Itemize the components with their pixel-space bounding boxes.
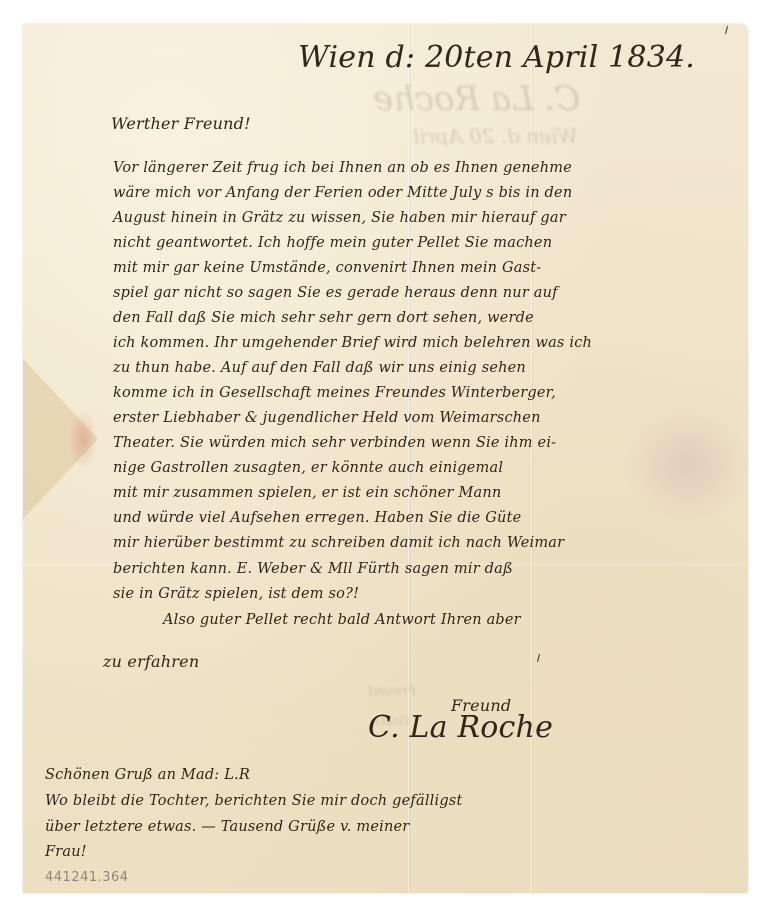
red-wax-residue bbox=[68, 409, 98, 469]
letter-body-line: zu thun habe. Auf auf den Fall daß wir u… bbox=[113, 360, 526, 376]
postscript-line: Wo bleibt die Tochter, berichten Sie mir… bbox=[45, 793, 462, 809]
letter-body-line: und würde viel Aufsehen erregen. Haben S… bbox=[113, 510, 521, 526]
letter-body-line: komme ich in Gesellschaft meines Freunde… bbox=[113, 385, 556, 401]
letter-body-line: Theater. Sie würden mich sehr verbinden … bbox=[113, 435, 556, 451]
letter-body-line: sie in Grätz spielen, ist dem so?! bbox=[113, 586, 359, 602]
fold-line-vertical bbox=[408, 24, 409, 893]
fold-line-vertical bbox=[531, 24, 532, 893]
ink-mark bbox=[537, 654, 540, 662]
letter-signature: C. La Roche bbox=[368, 710, 553, 745]
letter-body-line: mit mir gar keine Umstände, convenirt Ih… bbox=[113, 260, 541, 276]
postscript-line: über letztere etwas. — Tausend Grüße v. … bbox=[45, 819, 409, 835]
letter-paper: C. La Roche Wien d. 20 April Freund Grät… bbox=[23, 24, 748, 893]
letter-salutation: Werther Freund! bbox=[111, 114, 251, 133]
bleed-through-text: C. La Roche bbox=[373, 79, 580, 119]
letter-body-line: August hinein in Grätz zu wissen, Sie ha… bbox=[113, 210, 566, 226]
letter-body-line: wäre mich vor Anfang der Ferien oder Mit… bbox=[113, 185, 572, 201]
archive-number: 441241.364 bbox=[45, 870, 129, 885]
postscript-line: Frau! bbox=[45, 844, 87, 860]
letter-dateline: Wien d: 20ten April 1834. bbox=[298, 40, 695, 75]
ink-mark bbox=[725, 26, 728, 34]
bleed-through-text: Freund bbox=[368, 684, 416, 699]
letter-body-line: nicht geantwortet. Ich hoffe mein guter … bbox=[113, 235, 552, 251]
letter-body-line: ich kommen. Ihr umgehender Brief wird mi… bbox=[113, 335, 592, 351]
letter-body-line: Vor längerer Zeit frug ich bei Ihnen an … bbox=[113, 160, 572, 176]
letter-body-line: erster Liebhaber & jugendlicher Held vom… bbox=[113, 410, 541, 426]
paper-stain bbox=[623, 404, 748, 524]
bleed-through-text: Wien d. 20 April bbox=[413, 124, 578, 148]
letter-closing-line: zu erfahren bbox=[103, 652, 199, 671]
letter-body-line: nige Gastrollen zusagten, er könnte auch… bbox=[113, 460, 503, 476]
letter-body-line: spiel gar nicht so sagen Sie es gerade h… bbox=[113, 285, 558, 301]
postscript-line: Schönen Gruß an Mad: L.R bbox=[45, 767, 250, 783]
letter-body-line: Also guter Pellet recht bald Antwort Ihr… bbox=[163, 612, 521, 628]
letter-body-line: mir hierüber bestimmt zu schreiben damit… bbox=[113, 535, 564, 551]
letter-body-line: mit mir zusammen spielen, er ist ein sch… bbox=[113, 485, 501, 501]
letter-body-line: berichten kann. E. Weber & Mll Fürth sag… bbox=[113, 561, 513, 577]
letter-body-line: den Fall daß Sie mich sehr sehr gern dor… bbox=[113, 310, 534, 326]
